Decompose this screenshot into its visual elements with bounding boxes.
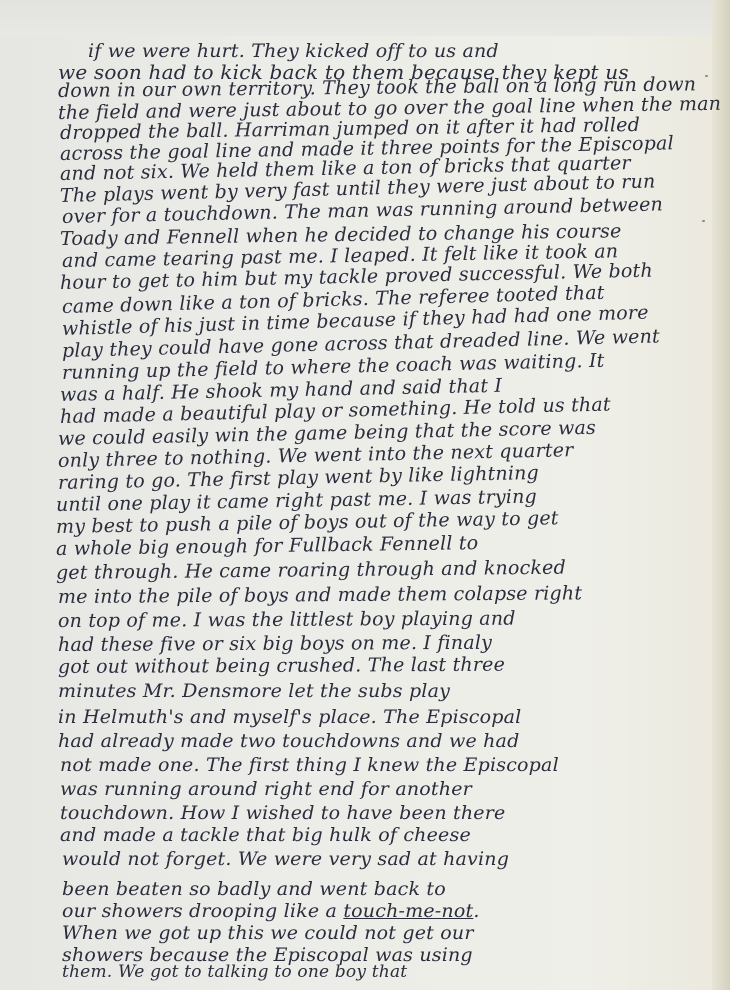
handwritten-line: in Helmuth's and myself's place. The Epi… bbox=[58, 706, 521, 728]
handwritten-line: would not forget. We were very sad at ha… bbox=[62, 848, 509, 870]
handwritten-line: been beaten so badly and went back to bbox=[62, 878, 446, 900]
handwritten-line: was running around right end for another bbox=[60, 778, 472, 800]
page-binding-edge bbox=[712, 0, 730, 990]
handwritten-line: on top of me. I was the littlest boy pla… bbox=[58, 608, 516, 632]
handwritten-line: When we got up this we could not get our bbox=[62, 922, 474, 944]
handwritten-line: got out without being crushed. The last … bbox=[58, 654, 505, 678]
paper-speck bbox=[705, 75, 708, 77]
handwritten-line: had these five or six big boys on me. I … bbox=[58, 632, 492, 656]
handwritten-line: had already made two touchdowns and we h… bbox=[58, 730, 519, 752]
page-top-shading bbox=[0, 0, 730, 36]
handwritten-line: get through. He came roaring through and… bbox=[56, 557, 566, 584]
paper-speck bbox=[702, 220, 705, 222]
line-text: our showers drooping like a bbox=[62, 900, 343, 922]
period: . bbox=[473, 900, 479, 922]
document-page: if we were hurt. They kicked off to us a… bbox=[0, 0, 730, 990]
handwritten-line: if we were hurt. They kicked off to us a… bbox=[88, 40, 499, 62]
handwritten-line: me into the pile of boys and made them c… bbox=[58, 582, 582, 608]
underlined-phrase: touch-me-not bbox=[343, 900, 473, 922]
handwritten-line: touchdown. How I wished to have been the… bbox=[60, 802, 505, 824]
handwritten-line: a whole big enough for Fullback Fennell … bbox=[56, 532, 479, 560]
handwritten-line: minutes Mr. Densmore let the subs play bbox=[58, 680, 450, 702]
handwritten-line: and made a tackle that big hulk of chees… bbox=[60, 824, 471, 846]
handwritten-line: not made one. The first thing I knew the… bbox=[60, 754, 559, 776]
handwritten-line: them. We got to talking to one boy that bbox=[62, 962, 407, 982]
handwritten-line: our showers drooping like a touch-me-not… bbox=[62, 900, 480, 922]
